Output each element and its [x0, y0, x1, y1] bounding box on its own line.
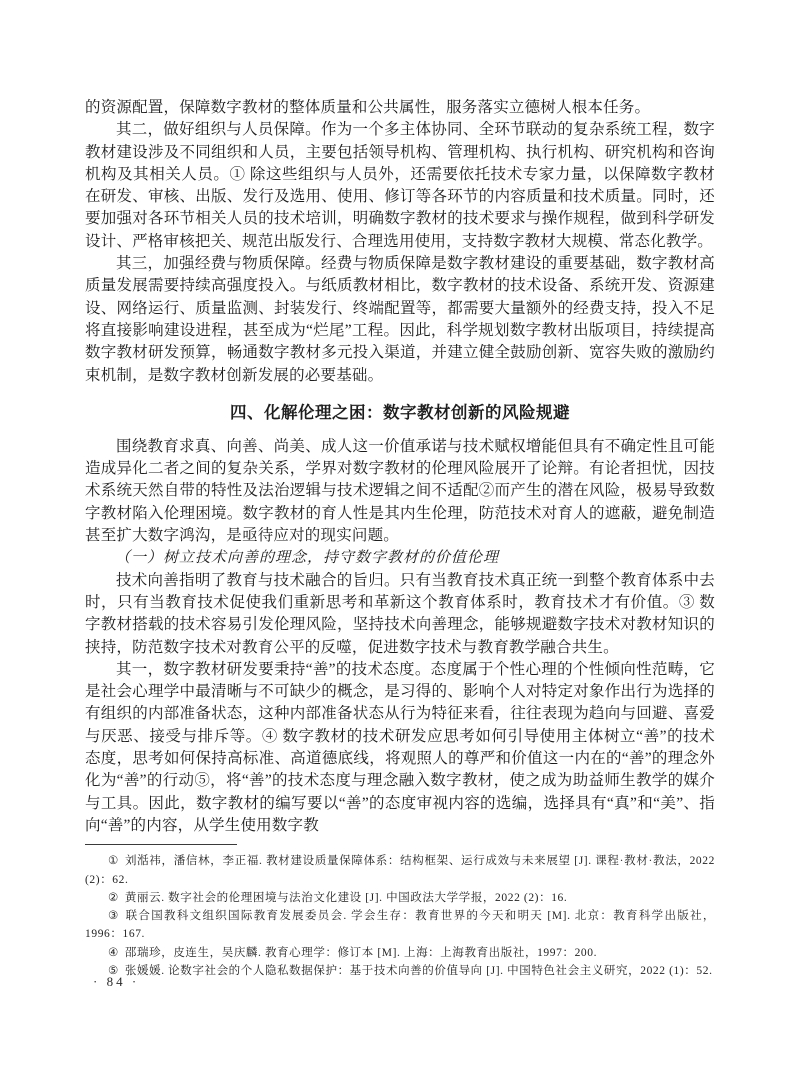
footnote-item: ②黄丽云. 数字社会的伦理困境与法治文化建设 [J]. 中国政法大学学报，202…: [85, 889, 715, 907]
footnote-text: 张媛媛. 论数字社会的个人隐私数据保护：基于技术向善的价值导向 [J]. 中国特…: [125, 965, 713, 977]
page-number: · 84 ·: [93, 974, 139, 990]
footnotes-block: ①刘湉祎，潘信林，李正福. 教材建设质量保障体系：结构框架、运行成效与未来展望 …: [85, 852, 715, 980]
body-paragraph-second: 其二，做好组织与人员保障。作为一个多主体协同、全环节联动的复杂系统工程，数字教材…: [85, 119, 715, 253]
body-paragraph-continuation: 的资源配置，保障数字教材的整体质量和公共属性，服务落实立德树人根本任务。: [85, 97, 715, 119]
footnote-item: ④邵瑞珍，皮连生，吴庆麟. 教育心理学：修订本 [M]. 上海：上海教育出版社，…: [85, 944, 715, 962]
section-heading: 四、化解伦理之困：数字教材创新的风险规避: [85, 401, 715, 425]
footnote-item: ①刘湉祎，潘信林，李正福. 教材建设质量保障体系：结构框架、运行成效与未来展望 …: [85, 852, 715, 889]
footnote-marker: ①: [108, 855, 119, 867]
footnote-text: 联合国教科文组织国际教育发展委员会. 学会生存：教育世界的今天和明天 [M]. …: [85, 910, 715, 940]
footnote-marker: ③: [108, 910, 120, 922]
footnote-text: 黄丽云. 数字社会的伦理困境与法治文化建设 [J]. 中国政法大学学报，2022…: [125, 892, 567, 904]
footnote-text: 刘湉祎，潘信林，李正福. 教材建设质量保障体系：结构框架、运行成效与未来展望 […: [85, 855, 715, 885]
footnote-text: 邵瑞珍，皮连生，吴庆麟. 教育心理学：修订本 [M]. 上海：上海教育出版社，1…: [125, 947, 597, 959]
footnote-marker: ④: [108, 947, 119, 959]
body-paragraph-third: 其三，加强经费与物质保障。经费与物质保障是数字教材建设的重要基础，数字教材高质量…: [85, 253, 715, 387]
footnote-divider: [85, 844, 237, 845]
body-paragraph-fifth: 技术向善指明了教育与技术融合的旨归。只有当教育技术真正统一到整个教育体系中去时，…: [85, 570, 715, 659]
body-paragraph-sixth: 其一，数字教材研发要秉持“善”的技术态度。态度属于个性心理的个性倾向性范畴，它是…: [85, 659, 715, 837]
footnote-item: ⑤张媛媛. 论数字社会的个人隐私数据保护：基于技术向善的价值导向 [J]. 中国…: [85, 962, 715, 980]
footnote-marker: ②: [108, 892, 119, 904]
page-content: 的资源配置，保障数字教材的整体质量和公共属性，服务落实立德树人根本任务。 其二，…: [85, 97, 715, 980]
journal-page: 的资源配置，保障数字教材的整体质量和公共属性，服务落实立德树人根本任务。 其二，…: [0, 0, 800, 1077]
footnote-item: ③联合国教科文组织国际教育发展委员会. 学会生存：教育世界的今天和明天 [M].…: [85, 907, 715, 944]
body-paragraph-fourth: 围绕教育求真、向善、尚美、成人这一价值承诺与技术赋权增能但具有不确定性且可能造成…: [85, 436, 715, 547]
subsection-heading: （一）树立技术向善的理念，持守数字教材的价值伦理: [85, 547, 715, 569]
